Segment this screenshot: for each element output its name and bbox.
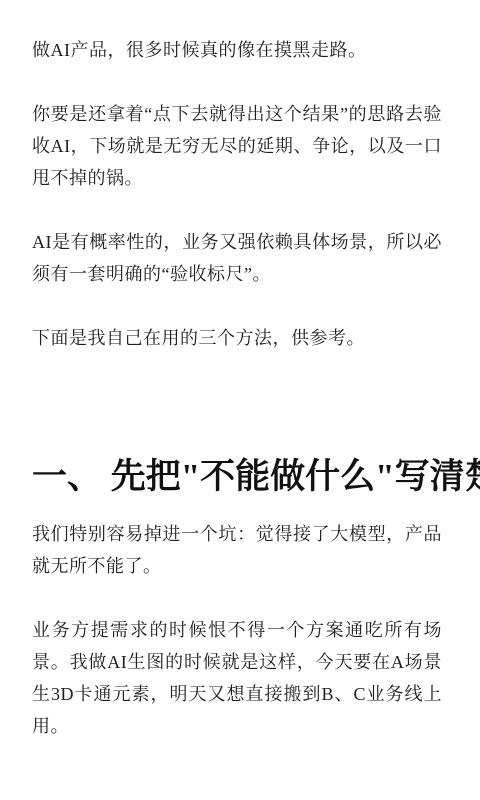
intro-paragraph-1: 做AI产品，很多时候真的像在摸黑走路。	[32, 34, 442, 66]
intro-paragraph-3: AI是有概率性的，业务又强依赖具体场景，所以必须有一套明确的“验收标尺”。	[32, 226, 442, 290]
article-page: 做AI产品，很多时候真的像在摸黑走路。 你要是还拿着“点下去就得出这个结果”的思…	[0, 0, 480, 800]
section-paragraph-2: 业务方提需求的时候恨不得一个方案通吃所有场景。我做AI生图的时候就是这样，今天要…	[32, 614, 442, 742]
intro-paragraph-4: 下面是我自己在用的三个方法，供参考。	[32, 322, 442, 354]
intro-paragraph-2: 你要是还拿着“点下去就得出这个结果”的思路去验收AI，下场就是无穷无尽的延期、争…	[32, 98, 442, 194]
section-heading: 一、 先把"不能做什么"写清楚	[32, 454, 442, 500]
section-paragraph-1: 我们特别容易掉进一个坑：觉得接了大模型，产品就无所不能了。	[32, 518, 442, 582]
